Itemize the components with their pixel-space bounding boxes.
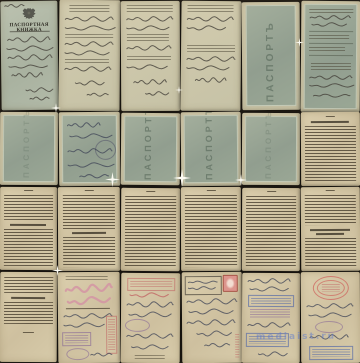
- page-scan-registration: [58, 272, 121, 363]
- handwriting-line: [186, 65, 230, 71]
- revenue-stamp: [223, 275, 238, 292]
- handwriting-line: [309, 83, 355, 88]
- red-margin-stamp: [235, 334, 239, 358]
- page-scan-endorsement: [59, 112, 121, 186]
- red-stamp-line: [129, 292, 169, 298]
- handwriting-line: [6, 45, 54, 53]
- handwriting-line: [188, 280, 218, 284]
- page-scan-blank: ПАСПОРТЪ: [181, 112, 242, 187]
- handwriting-line: [64, 50, 110, 56]
- handwriting-line: [64, 25, 116, 31]
- page-number-mark: [85, 190, 94, 191]
- page-scan-blank: ПАСПОРТЪ: [242, 2, 301, 110]
- page-scan-form: [59, 0, 121, 111]
- page-scan-blank: ПАСПОРТЪ: [242, 113, 300, 185]
- handwriting-line: [126, 25, 170, 31]
- handwriting-line: [126, 64, 168, 70]
- printed-text-block: [4, 277, 53, 293]
- handwriting-line: [126, 16, 174, 22]
- green-page-panel: [304, 4, 358, 109]
- handwriting-line: [188, 286, 216, 290]
- handwriting-line: [67, 122, 101, 128]
- printed-text-block: [69, 5, 109, 12]
- page-scan-form: [180, 1, 241, 112]
- purple-stamp-text: [250, 309, 290, 318]
- red-vertical-stamp: [106, 316, 117, 354]
- printed-text-block: [309, 35, 349, 39]
- printed-text-block: [63, 237, 115, 267]
- printed-text-block: [4, 195, 53, 220]
- double-headed-eagle-icon: [21, 7, 36, 19]
- handwriting-line: [29, 96, 49, 101]
- handwriting-signature: [133, 79, 167, 85]
- red-oval-seal-stamp: [313, 276, 349, 300]
- photo-watermark: mediaist.ru: [256, 332, 336, 343]
- page-scan-blank: ПАСПОРТЪ: [121, 113, 181, 186]
- handwriting-line: [186, 56, 236, 63]
- handwriting-line: [128, 311, 172, 318]
- page-watermark: ПАСПОРТЪ: [265, 12, 277, 102]
- handwriting-line: [188, 308, 234, 315]
- handwriting-line: [311, 22, 347, 27]
- page-watermark: ПАСПОРТЪ: [143, 120, 154, 180]
- printed-text-block: [127, 56, 171, 60]
- printed-text-block: [65, 59, 109, 63]
- handwriting-signature: [75, 80, 105, 86]
- handwriting-signature: [79, 173, 109, 179]
- page-scan-text: [121, 188, 181, 271]
- printed-text-block: [63, 195, 115, 229]
- end-dash: [23, 332, 34, 333]
- page-scan-blank: ПАСПОРТЪ: [0, 112, 58, 185]
- handwriting-line: [8, 63, 48, 70]
- printed-text-block: [305, 195, 356, 225]
- stamp-text: [65, 335, 88, 343]
- green-page-panel: [62, 115, 117, 183]
- centered-heading: [10, 224, 46, 226]
- handwriting-line: [126, 301, 174, 308]
- centered-heading: [316, 233, 344, 235]
- page-number-mark: [267, 191, 276, 192]
- printed-text-block: [309, 9, 353, 13]
- page-scan-registration: [121, 273, 181, 363]
- stamp-text: [130, 281, 172, 288]
- printed-text-block: [187, 5, 233, 12]
- handwriting-line: [186, 25, 226, 31]
- purple-oval-stamp: [66, 348, 89, 360]
- handwriting-signature: [258, 351, 288, 357]
- page-number-mark: [207, 190, 216, 191]
- page-watermark: ПАСПОРТЪ: [264, 121, 273, 179]
- handwriting-line: [67, 148, 113, 154]
- printed-text-block: [66, 276, 108, 280]
- handwriting-line: [69, 133, 113, 139]
- passport-scan-collage: ПАСПОРТНАЯ КНИЖКА: [0, 0, 360, 363]
- printed-text-block: [4, 229, 53, 266]
- printed-text-block: [305, 126, 356, 181]
- printed-text-block: [246, 196, 296, 267]
- printed-text-block: [127, 5, 173, 12]
- page-number-mark: [326, 190, 335, 191]
- divider: [309, 43, 353, 44]
- stamp-text: [108, 319, 115, 351]
- handwriting-line: [131, 344, 169, 350]
- handwriting-line: [308, 312, 352, 318]
- green-page-panel: ПАСПОРТЪ: [184, 115, 239, 183]
- purple-oval-stamp: [125, 319, 150, 332]
- page-scan-cover: ПАСПОРТНАЯ КНИЖКА: [0, 1, 58, 111]
- blue-box-stamp: [309, 346, 353, 360]
- red-box-stamp: [127, 278, 175, 291]
- handwriting-line: [186, 16, 234, 23]
- printed-text-block: [135, 355, 165, 359]
- page-scan-text: [0, 187, 57, 270]
- printed-text-block: [4, 302, 53, 324]
- handwriting-line: [126, 333, 174, 339]
- stamp-text: [251, 298, 291, 304]
- handwriting-line: [186, 319, 236, 326]
- centered-heading: [11, 297, 45, 299]
- page-watermark: ПАСПОРТЪ: [22, 120, 31, 178]
- page-scan-text: [181, 187, 241, 271]
- handwriting-line: [145, 91, 169, 96]
- page-number-mark: [326, 116, 335, 117]
- stamp-text: [312, 349, 350, 357]
- printed-text-block: [311, 63, 351, 70]
- divider: [309, 31, 353, 32]
- handwriting-line: [309, 75, 353, 80]
- handwriting-signature: [204, 342, 230, 348]
- pink-stamp-script: [65, 283, 113, 295]
- handwriting-line: [247, 322, 291, 328]
- handwriting-line: [7, 54, 53, 62]
- handwriting-signature: [25, 87, 53, 93]
- page-scan-text: [58, 187, 120, 271]
- page-number-mark: [146, 191, 155, 192]
- divider: [309, 55, 353, 56]
- handwriting-line: [306, 303, 354, 309]
- handwriting-line: [67, 162, 115, 168]
- handwriting-line: [126, 45, 172, 51]
- page-scan-text: [301, 112, 360, 186]
- blue-box-stamp: [248, 295, 294, 307]
- handwriting-signature: [90, 352, 112, 357]
- handwriting-line: [249, 286, 289, 292]
- page-scan-text: [301, 187, 360, 271]
- handwriting-line: [186, 298, 238, 305]
- handwriting-line: [63, 322, 105, 328]
- handwriting-line: [87, 92, 109, 97]
- handwriting-line: [7, 36, 51, 44]
- handwriting-signature: [195, 77, 227, 83]
- registration-box-stamp: [185, 276, 222, 295]
- printed-text-block: [65, 34, 113, 38]
- purple-box-stamp: [62, 332, 91, 346]
- printed-text-block: [305, 238, 356, 267]
- green-page-panel: ПАСПОРТЪ: [3, 115, 55, 182]
- page-scan-registration: [242, 273, 300, 363]
- divider: [66, 308, 110, 309]
- handwriting-signature: [313, 93, 351, 98]
- page-scan-text: [0, 272, 57, 362]
- centered-heading: [310, 229, 350, 231]
- green-page-panel: ПАСПОРТЪ: [246, 5, 297, 106]
- page-watermark: ПАСПОРТЪ: [204, 120, 215, 180]
- handwriting-line: [64, 66, 112, 72]
- green-page-panel: ПАСПОРТЪ: [245, 116, 297, 182]
- stamp-text: [322, 284, 340, 292]
- printed-text-block: [127, 34, 169, 41]
- page-scan-registration: [301, 272, 360, 363]
- centered-heading: [72, 232, 106, 234]
- handwriting-line: [11, 72, 43, 78]
- handwriting-line: [309, 15, 351, 20]
- printed-text-block: [125, 196, 176, 267]
- green-page-panel: ПАСПОРТЪ: [124, 116, 178, 182]
- printed-text-block: [185, 195, 237, 267]
- handwriting-line: [64, 41, 114, 47]
- handwriting-line: [247, 278, 291, 284]
- handwriting-line: [196, 330, 232, 337]
- page-scan-text: [242, 188, 300, 271]
- page-scan-form: [301, 1, 360, 112]
- pink-stamp-script: [67, 295, 111, 307]
- printed-text-block: [187, 45, 235, 53]
- centered-heading: [311, 121, 349, 123]
- page-number-mark: [24, 190, 33, 191]
- handwriting-line: [64, 16, 114, 22]
- page-scan-form: [121, 1, 181, 111]
- page-scan-registration: [182, 272, 243, 363]
- printed-text-block: [309, 47, 345, 51]
